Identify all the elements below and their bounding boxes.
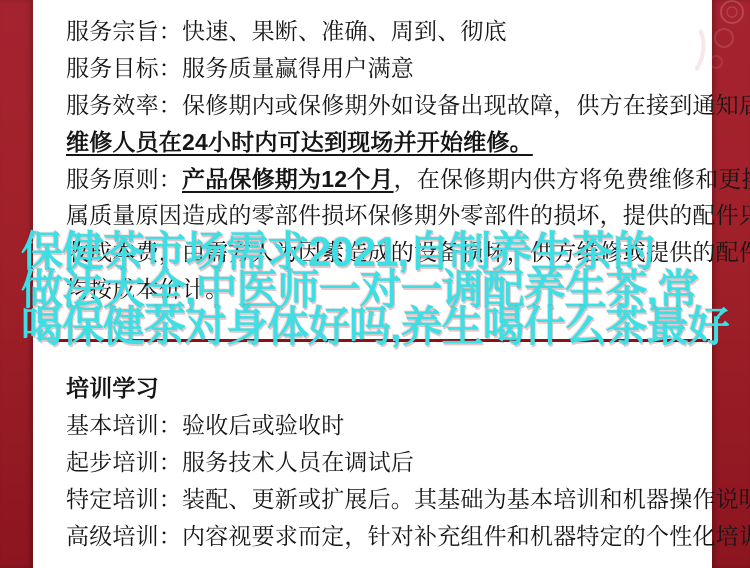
- principle-prefix: 服务原则：: [66, 166, 182, 192]
- principle-suffix: ，在保修期内供方将免费维修和更换: [394, 166, 750, 192]
- overlay-title-line: 喝保健茶对身体好吗,养生喝什么茶最好: [21, 308, 750, 346]
- overlay-title-line: 保健茶市场需求2021,自制养生茶的: [21, 233, 750, 271]
- training-heading: 培训学习: [66, 370, 706, 407]
- service-principle-line: 服务原则：产品保修期为12个月，在保修期内供方将免费维修和更换: [66, 161, 706, 198]
- service-efficiency-line: 服务效率：保修期内或保修期外如设备出现故障，供方在接到通知后: [66, 87, 706, 124]
- warranty-commitment-line: 维修人员在24小时内可达到现场并开始维修。: [66, 124, 706, 161]
- service-goal-line: 服务目标：服务质量赢得用户满意: [66, 50, 706, 87]
- seo-overlay-title: 保健茶市场需求2021,自制养生茶的 做法大全,中医师一对一调配养生茶,常 喝保…: [21, 233, 750, 346]
- training-advanced-line: 高级培训：内容视要求而定，针对补充组件和机器特定的个性化培训: [66, 518, 706, 555]
- training-startup-line: 起步培训：服务技术人员在调试后: [66, 444, 706, 481]
- training-section: 培训学习 基本培训：验收后或验收时 起步培训：服务技术人员在调试后 特定培训：装…: [66, 370, 706, 554]
- training-specific-line: 特定培训：装配、更新或扩展后。其基础为基本培训和机器操作说明: [66, 481, 706, 518]
- principle-bold-term: 产品保修期为12个月: [182, 166, 394, 192]
- service-purpose-line: 服务宗旨：快速、果断、准确、周到、彻底: [66, 13, 706, 50]
- training-basic-line: 基本培训：验收后或验收时: [66, 407, 706, 444]
- document-page: 服务宗旨：快速、果断、准确、周到、彻底 服务目标：服务质量赢得用户满意 服务效率…: [0, 0, 750, 568]
